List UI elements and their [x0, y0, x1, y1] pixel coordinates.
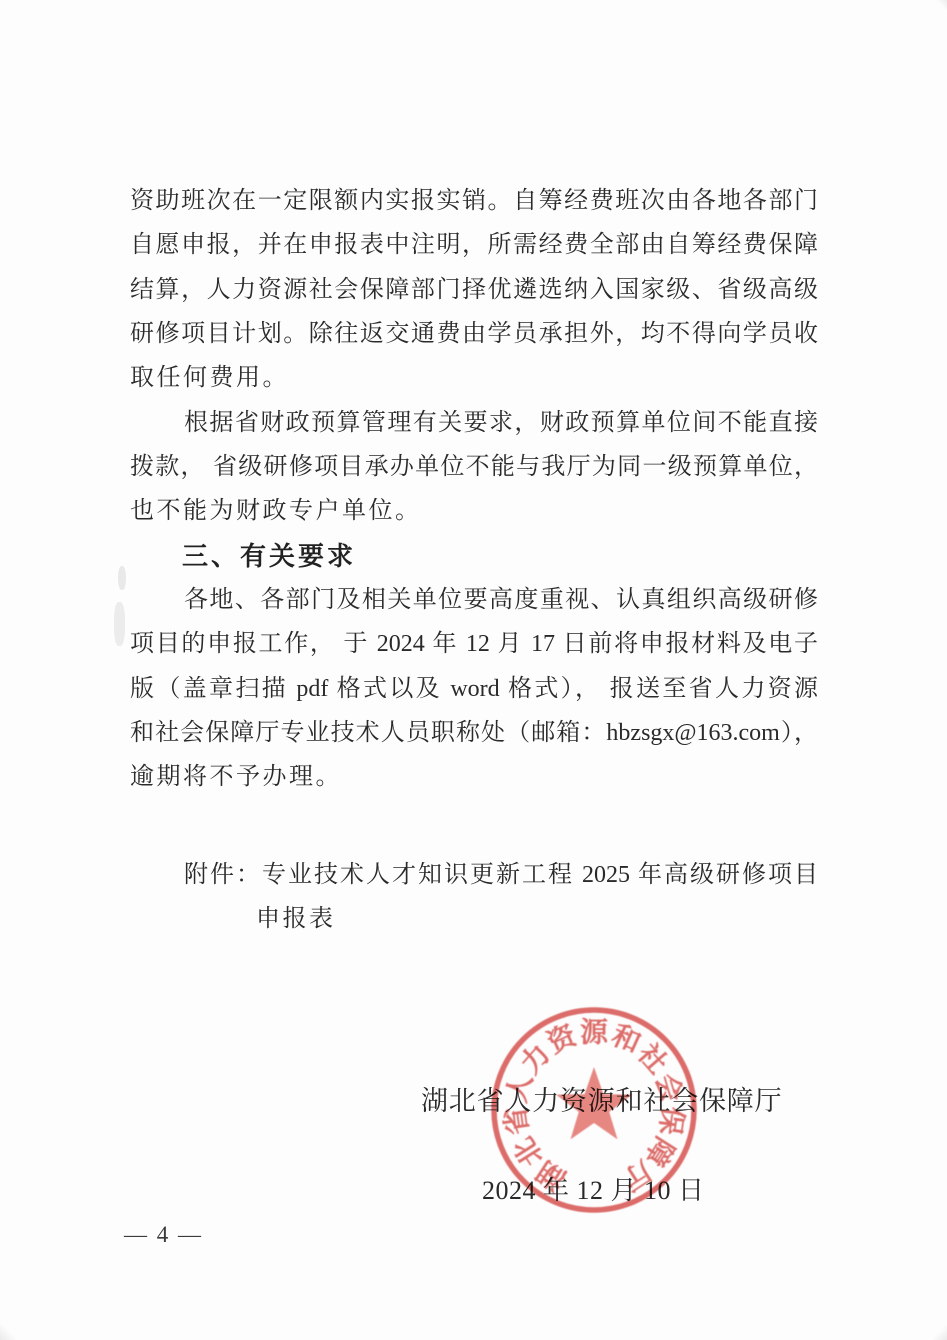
text-line: 结算，人力资源社会保障部门择优遴选纳入国家级、省级高级	[130, 268, 818, 312]
text-line: 逾期将不予办理。	[130, 755, 818, 799]
svg-text:北: 北	[509, 1131, 550, 1171]
text-line: 拨款， 省级研修项目承办单位不能与我厅为同一级预算单位，	[130, 445, 818, 489]
text-line: 根据省财政预算管理有关要求，财政预算单位间不能直接	[130, 401, 818, 445]
scan-smudge	[118, 566, 126, 590]
text-line: 取任何费用。	[130, 356, 818, 400]
document-page: 资助班次在一定限额内实报实销。自筹经费班次由各地各部门 自愿申报，并在申报表中注…	[0, 0, 947, 1340]
svg-text:资: 资	[542, 1018, 582, 1060]
scan-corner-shadow	[933, 1326, 947, 1340]
text-line: 自愿申报，并在申报表中注明，所需经费全部由自筹经费保障	[130, 223, 818, 267]
page-number: — 4 —	[124, 1222, 203, 1248]
svg-text:社: 社	[631, 1037, 674, 1080]
text-line: 资助班次在一定限额内实报实销。自筹经费班次由各地各部门	[130, 179, 818, 223]
text-line: 也不能为财政专户单位。	[130, 489, 818, 533]
svg-text:源: 源	[580, 1017, 609, 1049]
text-line: 各地、各部门及相关单位要高度重视、认真组织高级研修	[130, 578, 818, 622]
text-line: 项目的申报工作， 于 2024 年 12 月 17 日前将申报材料及电子	[130, 622, 818, 666]
section-heading: 三、有关要求	[130, 534, 818, 578]
scan-corner-shadow	[0, 1324, 16, 1340]
text-line: 版（盖章扫描 pdf 格式以及 word 格式）， 报送至省人力资源	[130, 667, 818, 711]
attachment-line: 申报表	[130, 897, 818, 941]
text-line: 和社会保障厅专业技术人员职称处（邮箱：hbzsgx@163.com），	[130, 711, 818, 755]
svg-text:力: 力	[514, 1038, 557, 1080]
scan-corner-shadow	[937, 0, 947, 10]
body-text: 资助班次在一定限额内实报实销。自筹经费班次由各地各部门 自愿申报，并在申报表中注…	[130, 179, 818, 941]
scan-smudge	[114, 602, 125, 646]
signature-department: 湖北省人力资源和社会保障厅	[421, 1079, 782, 1118]
attachment-line: 附件：专业技术人才知识更新工程 2025 年高级研修项目	[130, 853, 818, 897]
text-line: 研修项目计划。除往返交通费由学员承担外，均不得向学员收	[130, 312, 818, 356]
signature-date: 2024 年 12 月 10 日	[482, 1170, 705, 1207]
svg-text:障: 障	[638, 1131, 681, 1172]
svg-text:和: 和	[607, 1019, 646, 1060]
